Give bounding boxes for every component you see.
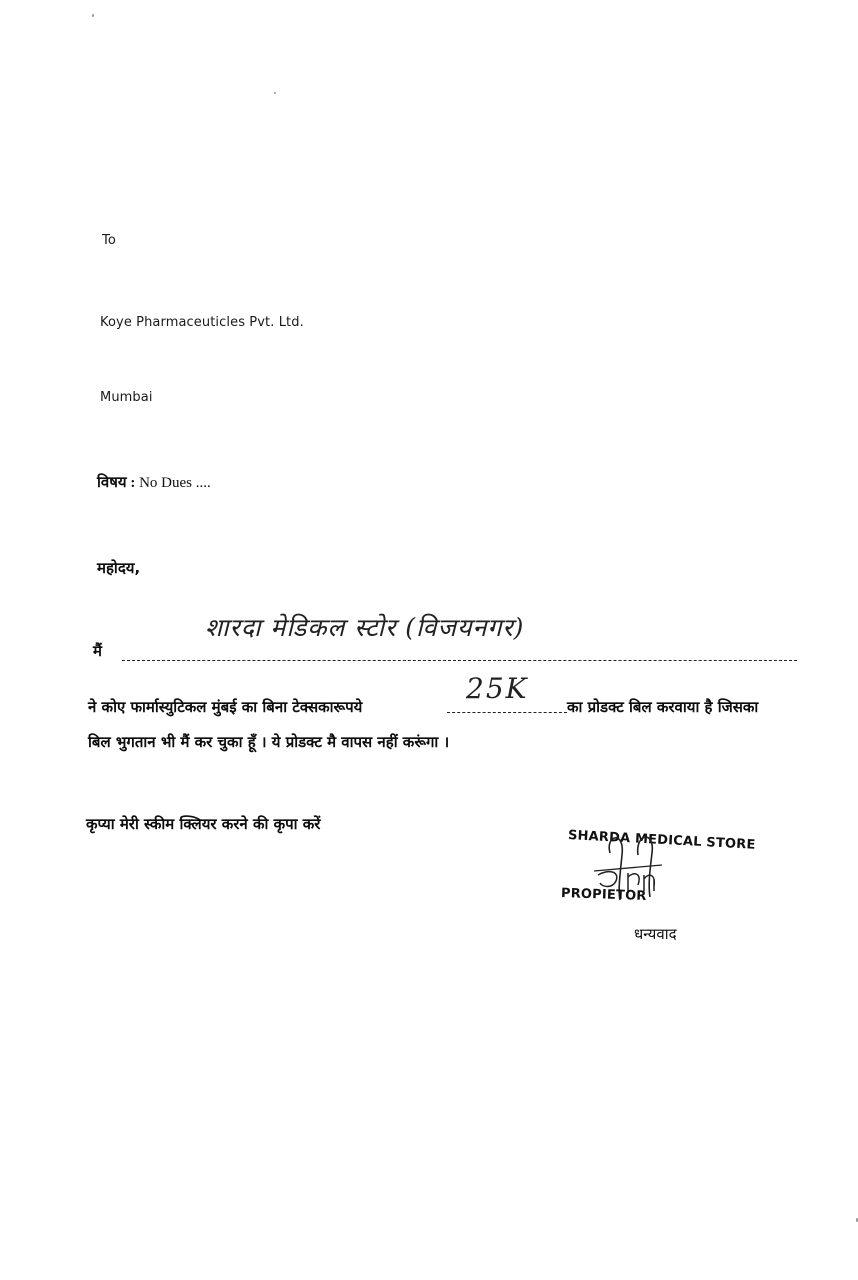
salutation-to: To — [102, 233, 116, 248]
request-line: कृप्या मेरी स्कीम क्लियर करने की कृपा कर… — [86, 814, 320, 834]
recipient-city: Mumbai — [100, 390, 153, 405]
scan-speck — [274, 92, 276, 94]
greeting: महोदय, — [97, 558, 140, 578]
scan-speck — [92, 14, 94, 17]
closing: धन्यवाद — [634, 924, 677, 944]
amount-fill-line — [447, 712, 567, 713]
recipient-company: Koye Pharmaceuticles Pvt. Ltd. — [100, 315, 304, 330]
subject-value: No Dues .... — [139, 475, 211, 491]
name-fill-line — [122, 660, 797, 661]
handwritten-store-name: शारदा मेडिकल स्टोर (विजयनगर) — [205, 610, 524, 644]
stamp-title: PROPIETOR — [561, 886, 647, 904]
subject-line: विषय : No Dues .... — [97, 472, 211, 492]
body-line3: बिल भुगतान भी मैं कर चुका हूँ । ये प्रोड… — [88, 732, 449, 752]
body-line2-part2: का प्रोडक्ट बिल करवाया है जिसका — [567, 697, 758, 717]
subject-label: विषय : — [97, 475, 135, 491]
body-line1-prefix: मैं — [93, 641, 102, 661]
body-line2-part1: ने कोए फार्मास्युटिकल मुंबई का बिना टेक्… — [88, 697, 362, 717]
handwritten-amount: 25K — [466, 672, 529, 705]
